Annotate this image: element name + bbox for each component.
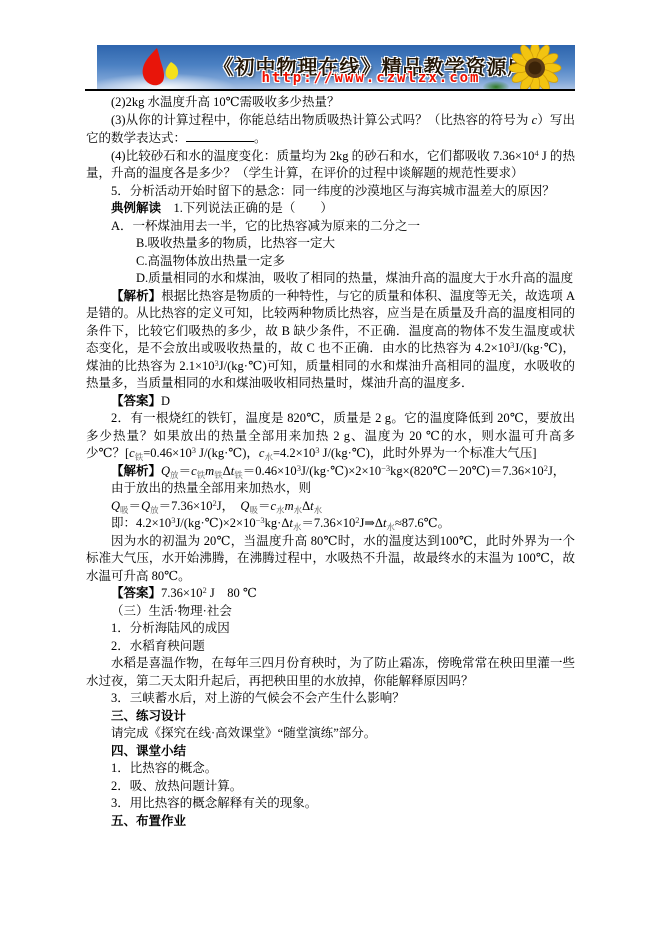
paragraph: 2．水稻育秧问题 xyxy=(86,638,575,656)
banner-url: http://www.czwlzx.com xyxy=(221,70,521,86)
paragraph: 即：4.2×103J/(kg·℃)×2×10−3kg·Δt水＝7.36×102J… xyxy=(86,515,575,533)
paragraph: 典例解读 1.下列说法正确的是（ ） xyxy=(86,200,575,218)
paragraph: （三）生活·物理·社会 xyxy=(86,603,575,621)
paragraph: 3．三峡蓄水后，对上游的气候会不会产生什么影响？ xyxy=(86,690,575,708)
paragraph: 水稻是喜温作物，在每年三四月份育秧时，为了防止霜冻，傍晚常常在秧田里灌一些水过夜… xyxy=(86,655,575,690)
paragraph: (3)从你的计算过程中，你能总结出物质吸热计算公式吗？（比热容的符号为 c）写出… xyxy=(86,112,575,148)
paragraph: 5．分析活动开始时留下的悬念：同一纬度的沙漠地区与海宾城市温差大的原因？ xyxy=(86,183,575,201)
sunflower-icon xyxy=(501,45,573,89)
flame-logo-icon xyxy=(133,47,189,89)
paragraph: (4)比较砂石和水的温度变化：质量均为 2kg 的砂石和水，它们都吸收 7.36… xyxy=(86,148,575,183)
paragraph: 【解析】Q放＝c铁m铁Δt铁＝0.46×103J/(kg·℃)×2×10−3kg… xyxy=(86,463,575,481)
fill-in-blank xyxy=(186,129,254,142)
paragraph: 【答案】D xyxy=(86,393,575,411)
paragraph: 【答案】7.36×102 J 80 ℃ xyxy=(86,585,575,603)
document-body: (2)2kg 水温度升高 10℃需吸收多少热量？(3)从你的计算过程中，你能总结… xyxy=(86,94,575,830)
paragraph: 因为水的初温为 20℃，当温度升高 80℃时，水的温度达到100℃，此时外界为一… xyxy=(86,533,575,586)
paragraph: C.高温物体放出热量一定多 xyxy=(86,253,575,271)
paragraph: D.质量相同的水和煤油，吸收了相同的热量，煤油升高的温度大于水升高的温度 xyxy=(86,270,575,288)
document-page: 《初中物理在线》精品教学资源库 http://www.czwlzx.com xyxy=(0,0,661,935)
paragraph: (2)2kg 水温度升高 10℃需吸收多少热量？ xyxy=(86,94,575,112)
paragraph: 由于放出的热量全部用来加热水，则 xyxy=(86,480,575,498)
paragraph: B.吸收热量多的物质，比热容一定大 xyxy=(86,235,575,253)
paragraph: 1．分析海陆风的成因 xyxy=(86,620,575,638)
paragraph: 三、练习设计 xyxy=(86,708,575,726)
paragraph: 四、课堂小结 xyxy=(86,743,575,761)
paragraph: 2．有一根烧红的铁钉，温度是 820℃，质量是 2 g。它的温度降低到 20℃，… xyxy=(86,410,575,463)
paragraph: 2．吸、放热问题计算。 xyxy=(86,778,575,796)
paragraph: 3．用比热容的概念解释有关的现象。 xyxy=(86,795,575,813)
site-banner: 《初中物理在线》精品教学资源库 http://www.czwlzx.com xyxy=(97,45,575,89)
paragraph: 【解析】根据比热容是物质的一种特性，与它的质量和体积、温度等无关，故选项 A 是… xyxy=(86,288,575,393)
paragraph: 五、布置作业 xyxy=(86,813,575,831)
paragraph: Q吸＝Q放＝7.36×102J， Q吸＝c水m水Δt水 xyxy=(86,498,575,516)
divider xyxy=(85,89,575,91)
paragraph: 请完成《探究在线·高效课堂》“随堂演练”部分。 xyxy=(86,725,575,743)
paragraph: A．一杯煤油用去一半，它的比热容减为原来的二分之一 xyxy=(86,218,575,236)
paragraph: 1．比热容的概念。 xyxy=(86,760,575,778)
